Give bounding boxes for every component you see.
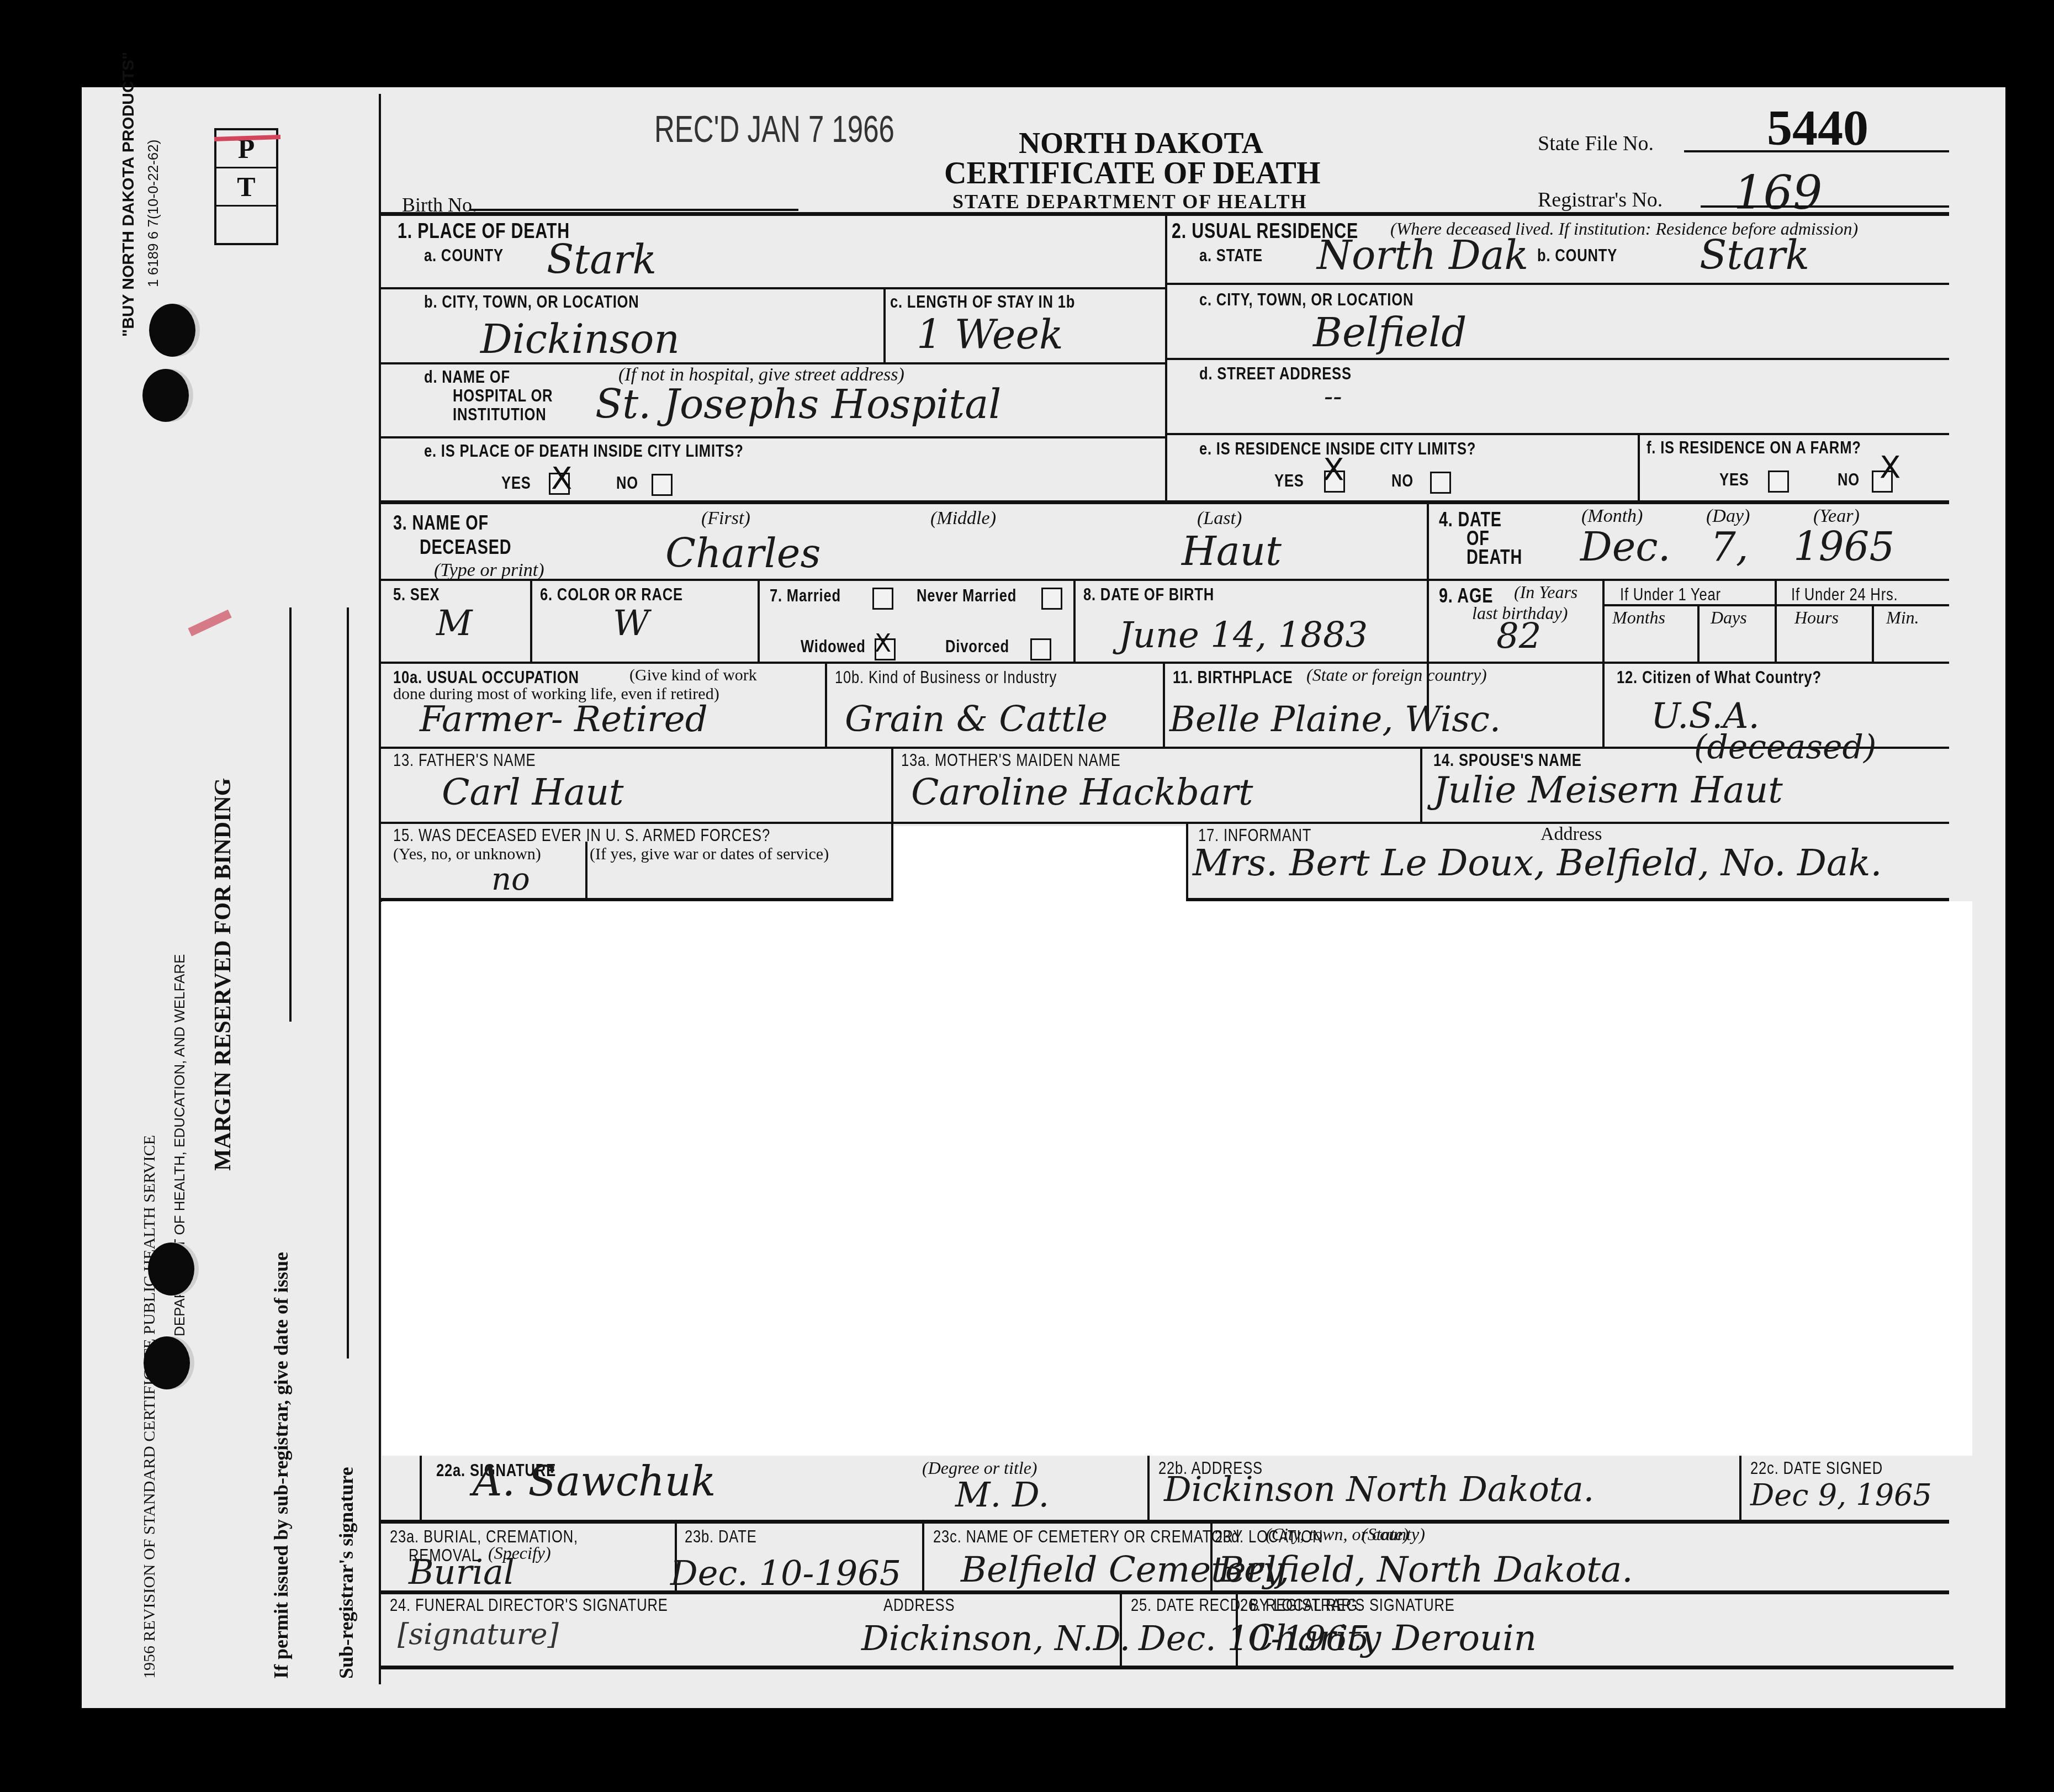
res-state-label: a. STATE [1199, 245, 1263, 266]
race-label: 6. COLOR OR RACE [540, 584, 683, 605]
last-name: Haut [1182, 528, 1282, 574]
pt-box-row-2: T [216, 168, 276, 207]
rule [891, 749, 893, 823]
rule [1739, 1456, 1741, 1520]
divorced-label: Divorced [945, 636, 1009, 657]
res-farm-yes-checkbox[interactable] [1768, 471, 1789, 493]
spouse-value: Julie Meisern Haut [1433, 769, 1783, 811]
birthplace-value: Belle Plaine, Wisc. [1169, 699, 1501, 740]
armed-value: no [491, 861, 530, 897]
rule [379, 1520, 1949, 1524]
binding-text: MARGIN RESERVED FOR BINDING [210, 778, 236, 1171]
burial-method-value: Burial [409, 1552, 515, 1592]
birthplace-label: 11. BIRTHPLACE [1173, 667, 1293, 688]
rule [1186, 823, 1188, 900]
rule [1602, 664, 1605, 747]
father-label: 13. FATHER'S NAME [393, 750, 536, 770]
rule [758, 581, 760, 662]
subreg-line [347, 607, 349, 1358]
citizen-label: 12. Citizen of What Country? [1617, 667, 1822, 688]
burial-state-hint: (State) [1362, 1524, 1409, 1545]
subreg-sig-text: Sub-registrar's signature [335, 1467, 358, 1679]
punch-hole [142, 369, 189, 422]
rule [1236, 1593, 1238, 1669]
stay-value: 1 Week [917, 311, 1063, 358]
rule [1163, 664, 1165, 747]
sex-value: M [436, 603, 473, 644]
death-inside-limits-no-checkbox[interactable] [652, 474, 673, 496]
rule [1697, 604, 1700, 662]
divorced-checkbox[interactable] [1030, 638, 1051, 660]
hospital-label-1: d. NAME OF [424, 367, 510, 387]
received-stamp: REC'D JAN 7 1966 [654, 108, 894, 151]
under-1-year-label: If Under 1 Year [1620, 584, 1721, 605]
registrar-sig-label: 26. REGISTRAR'S SIGNATURE [1240, 1595, 1455, 1615]
rule [1147, 1456, 1150, 1520]
rule [379, 822, 1949, 824]
min-label: Min. [1886, 607, 1919, 628]
rule [530, 581, 532, 662]
rule [883, 287, 886, 363]
last-label: (Last) [1197, 508, 1242, 529]
widowed-mark: X [875, 630, 891, 658]
res-street-value: -- [1324, 381, 1342, 412]
permit-text: If permit issued by sub-registrar, give … [269, 1252, 293, 1679]
mother-value: Caroline Hackbart [911, 771, 1253, 813]
burial-location-value: Belfield, North Dakota. [1218, 1550, 1633, 1590]
title-certificate: CERTIFICATE OF DEATH [944, 156, 1321, 191]
rule [1602, 581, 1605, 662]
res-farm-no-mark: X [1880, 450, 1901, 485]
married-label: 7. Married [770, 585, 841, 606]
redaction-medical [382, 901, 1972, 1456]
burial-date-label: 23b. DATE [685, 1526, 757, 1547]
age-hint-1: (In Years [1514, 582, 1577, 602]
rule [1420, 749, 1422, 823]
death-inside-limits-yes-mark: X [551, 461, 572, 496]
county-value: Stark [547, 236, 657, 283]
rule [1073, 581, 1076, 662]
res-inside-limits-yes-mark: X [1323, 452, 1344, 488]
state-file-no-line [1684, 150, 1949, 152]
death-inside-limits-label: e. IS PLACE OF DEATH INSIDE CITY LIMITS? [424, 441, 744, 461]
occupation-value: Farmer- Retired [420, 699, 708, 740]
punch-hole [148, 1243, 194, 1296]
rule [825, 664, 827, 747]
hospital-value: St. Josephs Hospital [595, 381, 1001, 427]
res-city-value: Belfield [1313, 309, 1467, 356]
spouse-label: 14. SPOUSE'S NAME [1433, 750, 1582, 770]
under-24-hrs-label: If Under 24 Hrs. [1791, 584, 1898, 605]
sex-label: 5. SEX [393, 584, 440, 605]
name-label-1: 3. NAME OF [393, 511, 489, 535]
first-name: Charles [665, 530, 820, 577]
degree-value: M. D. [955, 1474, 1049, 1515]
state-file-no-label: State File No. [1538, 131, 1654, 156]
burial-date-value: Dec. 10-1965 [670, 1553, 901, 1593]
funeral-sig-value: [signature] [398, 1618, 559, 1651]
date-signed-label: 22c. DATE SIGNED [1750, 1458, 1883, 1478]
name-hint: (Type or print) [434, 560, 544, 581]
res-farm-no-label: NO [1838, 469, 1860, 490]
county-label: a. COUNTY [424, 245, 504, 266]
res-state-value: North Dak [1317, 232, 1528, 278]
date-signed-value: Dec 9, 1965 [1750, 1478, 1932, 1513]
name-label-2: DECEASED [420, 536, 511, 559]
funeral-address-value: Dickinson, N.D. [861, 1618, 1130, 1658]
revision-text: 1956 REVISION OF STANDARD CERTIFICATE PU… [140, 1135, 159, 1679]
dod-month: Dec. [1580, 524, 1671, 570]
armed-hint-1: (Yes, no, or unknown) [393, 845, 541, 864]
father-value: Carl Haut [442, 771, 623, 813]
dod-label-3: DEATH [1467, 546, 1522, 569]
rule [1210, 1522, 1213, 1592]
rule [379, 212, 1949, 216]
birth-no-line [469, 209, 798, 211]
married-checkbox[interactable] [872, 588, 893, 610]
res-no-label: NO [1391, 471, 1414, 491]
hospital-label-3: INSTITUTION [453, 404, 547, 425]
dob-value: June 14, 1883 [1119, 615, 1368, 656]
armed-hint-2: (If yes, give war or dates of service) [590, 845, 829, 864]
res-inside-limits-no-checkbox[interactable] [1430, 472, 1451, 494]
res-yes-label: YES [1274, 471, 1304, 491]
rule [585, 842, 587, 900]
occupation-hint-1: (Give kind of work [629, 666, 757, 685]
punch-hole [149, 304, 195, 357]
rule [1427, 503, 1429, 729]
title-state: NORTH DAKOTA [1019, 126, 1263, 160]
informant-value: Mrs. Bert Le Doux, Belfield, No. Dak. [1193, 842, 1882, 884]
funeral-address-label: ADDRESS [883, 1595, 955, 1615]
age-value: 82 [1496, 616, 1541, 657]
registrar-sig-value: Charity Derouin [1248, 1618, 1537, 1659]
rule [379, 1590, 1949, 1594]
stay-label: c. LENGTH OF STAY IN 1b [890, 292, 1075, 312]
armed-label: 15. WAS DECEASED EVER IN U. S. ARMED FOR… [393, 825, 770, 845]
rule [1165, 283, 1949, 285]
cert-sig-value: A. Sawchuk [473, 1458, 716, 1505]
spouse-note: (deceased) [1694, 728, 1876, 767]
rule [1120, 1593, 1122, 1669]
hours-label: Hours [1794, 607, 1839, 628]
buy-nd-text: "BUY NORTH DAKOTA PRODUCTS" [119, 52, 138, 337]
no-label: NO [616, 473, 638, 493]
res-county-value: Stark [1700, 232, 1809, 278]
rule [379, 436, 1165, 438]
pt-box: P T [214, 128, 278, 245]
never-married-checkbox[interactable] [1041, 588, 1062, 610]
middle-label: (Middle) [930, 508, 996, 529]
state-file-no: 5440 [1767, 98, 1868, 157]
place-of-death-label: 1. PLACE OF DEATH [398, 220, 570, 244]
business-label: 10b. Kind of Business or Industry [835, 667, 1057, 688]
cert-address-value: Dickinson North Dakota. [1164, 1469, 1594, 1509]
never-married-label: Never Married [917, 585, 1017, 606]
res-farm-yes-label: YES [1719, 469, 1749, 490]
rule [1872, 604, 1874, 662]
funeral-sig-label: 24. FUNERAL DIRECTOR'S SIGNATURE [390, 1595, 668, 1615]
days-label: Days [1711, 607, 1747, 628]
dod-year: 1965 [1793, 524, 1894, 570]
rule [420, 1456, 422, 1520]
rule [922, 1522, 924, 1592]
birthplace-hint: (State or foreign country) [1306, 665, 1487, 685]
business-value: Grain & Cattle [845, 699, 1108, 740]
mother-label: 13a. MOTHER'S MAIDEN NAME [901, 750, 1121, 770]
rule [379, 1666, 1954, 1669]
rule [379, 500, 1949, 504]
registrars-no-line [1701, 205, 1949, 208]
widowed-label: Widowed [801, 636, 866, 657]
dob-label: 8. DATE OF BIRTH [1083, 584, 1214, 605]
rule [1638, 433, 1640, 501]
race-value: W [613, 603, 649, 644]
res-city-label: c. CITY, TOWN, OR LOCATION [1199, 289, 1414, 310]
yes-label: YES [501, 473, 531, 493]
pt-box-row-3 [216, 207, 276, 242]
city-label: b. CITY, TOWN, OR LOCATION [424, 292, 639, 312]
registrars-no-label: Registrar's No. [1538, 188, 1663, 212]
rule [379, 579, 1949, 581]
punch-hole [144, 1336, 190, 1389]
res-farm-label: f. IS RESIDENCE ON A FARM? [1647, 437, 1861, 458]
months-label: Months [1612, 607, 1665, 628]
hospital-label-2: HOSPITAL OR [453, 385, 553, 406]
rule [1775, 581, 1777, 662]
cemetery-label: 23c. NAME OF CEMETERY OR CREMATORY [933, 1526, 1243, 1547]
first-label: (First) [701, 508, 750, 529]
redaction-ssn [893, 826, 1186, 903]
rule [1165, 433, 1949, 435]
print-code-text: 1 6189 6 7(10-0-22-62) [145, 140, 162, 287]
permit-line [289, 607, 292, 1022]
rule [379, 287, 1165, 289]
rule [1165, 358, 1949, 360]
dod-day: 7, [1711, 524, 1749, 570]
form-left-border [379, 94, 381, 1684]
city-value: Dickinson [480, 316, 680, 362]
title-department: STATE DEPARTMENT OF HEALTH [952, 190, 1307, 213]
res-county-label: b. COUNTY [1537, 245, 1617, 266]
